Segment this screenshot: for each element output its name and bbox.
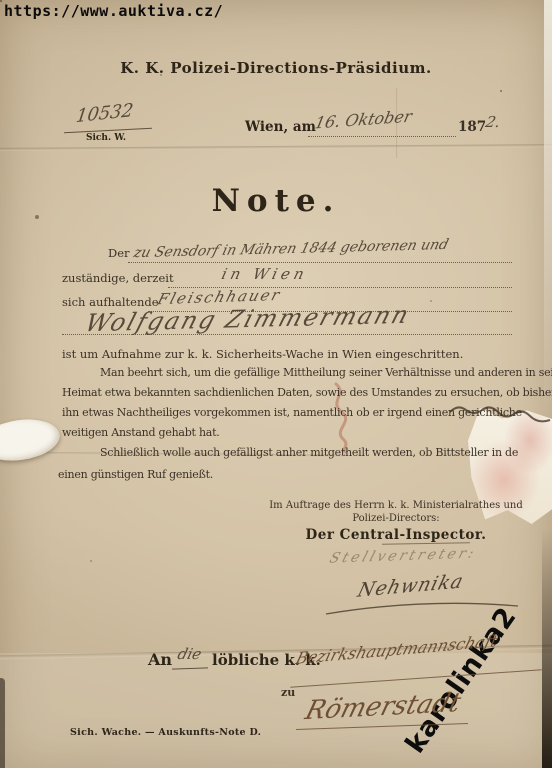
place-date-label: Wien, am <box>245 119 316 135</box>
form-id-footer: Sich. Wache. — Auskunfts-Note D. <box>70 727 261 738</box>
date-fill-line <box>308 136 456 137</box>
form-line1-handwritten: zu Sensdorf in Mähren 1844 geborenen und <box>132 237 450 261</box>
address-zu-label: zu <box>281 686 295 699</box>
on-behalf-line1: Im Auftrage des Herrn k. k. Ministerialr… <box>262 500 530 511</box>
year-digit-handwritten: 2. <box>484 113 503 131</box>
central-inspector-title: Der Central-Inspector. <box>262 527 530 543</box>
scanned-document-photo: https://www.auktiva.cz/ karolinka2 K. K.… <box>0 0 552 768</box>
left-edge-dark-sliver <box>0 678 5 768</box>
year-printed: 187 <box>458 119 486 135</box>
form-line2-label: zuständige, derzeit <box>62 271 174 285</box>
form-line1-fill <box>128 262 512 263</box>
address-die-handwritten: die <box>176 645 204 663</box>
address-an-label: An <box>148 650 172 669</box>
paragraph2-line2: Heimat etwa bekannten sachdienlichen Dat… <box>62 386 552 399</box>
reference-number-handwritten: 10532 <box>75 100 135 127</box>
fold-crease-top <box>0 144 552 151</box>
auction-site-url-watermark: https://www.auktiva.cz/ <box>4 2 223 20</box>
form-line2-handwritten: in Wien <box>220 265 310 283</box>
signature-underline-curve <box>322 596 522 620</box>
paragraph3-line1: Schließlich wolle auch gefälligst anher … <box>100 446 518 459</box>
tear-hole-left <box>0 415 62 466</box>
on-behalf-line2: Polizei-Directors: <box>262 513 530 524</box>
date-handwritten: 16. Oktober <box>313 106 414 132</box>
paragraph2-line4: weitigen Anstand gehabt hat. <box>62 426 220 439</box>
inspector-underline-flourish <box>382 542 470 545</box>
paragraph3-line2: einen günstigen Ruf genießt. <box>58 468 213 481</box>
form-line1-label: Der <box>108 246 130 260</box>
reference-label: Sich. W. <box>86 133 126 143</box>
paragraph2-line1: Man beehrt sich, um die gefällige Mitthe… <box>100 366 552 379</box>
paragraph2-line3: ihn etwas Nachtheiliges vorgekommen ist,… <box>62 406 522 419</box>
paper-specks <box>0 0 2 2</box>
letterhead-title: K. K. Polizei-Directions-Präsidium. <box>0 59 552 77</box>
document-title: Note. <box>0 183 552 219</box>
stellvertreter-handwritten: Stellvertreter: <box>327 545 478 566</box>
right-edge-dark-strip <box>542 528 552 768</box>
form-closing-sentence: ist um Aufnahme zur k. k. Sicherheits-Wa… <box>62 347 463 361</box>
